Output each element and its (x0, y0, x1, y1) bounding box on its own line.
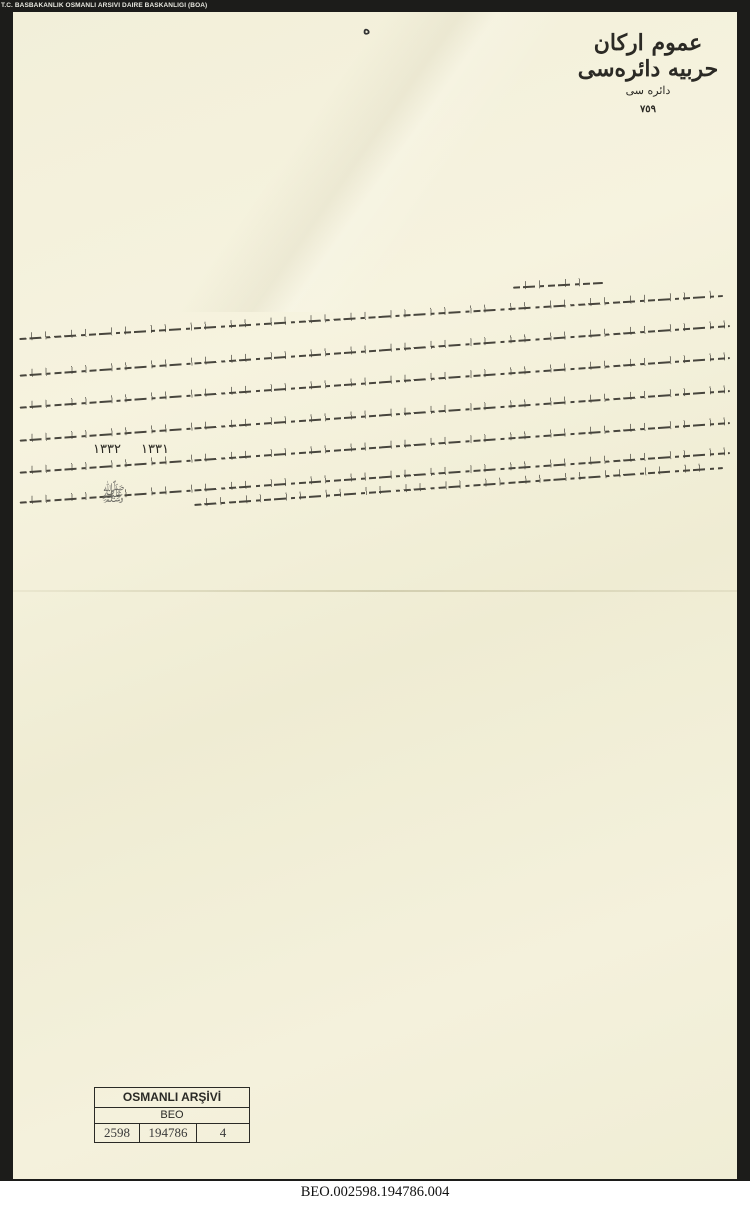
stamp-gomlek-number: 194786 (140, 1124, 197, 1142)
scan-frame: T.C. BASBAKANLIK OSMANLI ARSIVI DAIRE BA… (0, 0, 750, 1181)
signature-date-1: ١٣٣١ (141, 442, 169, 457)
document-reference-caption: BEO.002598.194786.004 (0, 1181, 750, 1206)
letterhead-subtitle: دائره‌ سی (573, 84, 723, 98)
stamp-title: OSMANLI ARŞİVİ (95, 1088, 249, 1108)
stamp-collection: BEO (95, 1108, 249, 1124)
page-mark: ه (363, 22, 370, 38)
horizontal-fold-line (13, 590, 737, 592)
archive-stamp: OSMANLI ARŞİVİ BEO 2598 194786 4 (94, 1087, 250, 1143)
document-number: ٧٥٩ (573, 104, 723, 115)
stamp-folder-number: 2598 (95, 1124, 140, 1142)
letterhead: عموم ارکان حربیه دائره‌سی دائره‌ سی ٧٥٩ (573, 30, 723, 115)
stamp-reference-row: 2598 194786 4 (95, 1124, 249, 1142)
archive-watermark: T.C. BASBAKANLIK OSMANLI ARSIVI DAIRE BA… (1, 0, 207, 11)
signature-mark: ﷺ (101, 482, 125, 511)
document-page: ه عموم ارکان حربیه دائره‌سی دائره‌ سی ٧٥… (13, 12, 737, 1179)
letterhead-calligraphy: عموم ارکان حربیه دائره‌سی (573, 30, 723, 82)
stamp-page-number: 4 (197, 1124, 249, 1142)
signature-date-2: ١٣٣٢ (93, 442, 121, 457)
